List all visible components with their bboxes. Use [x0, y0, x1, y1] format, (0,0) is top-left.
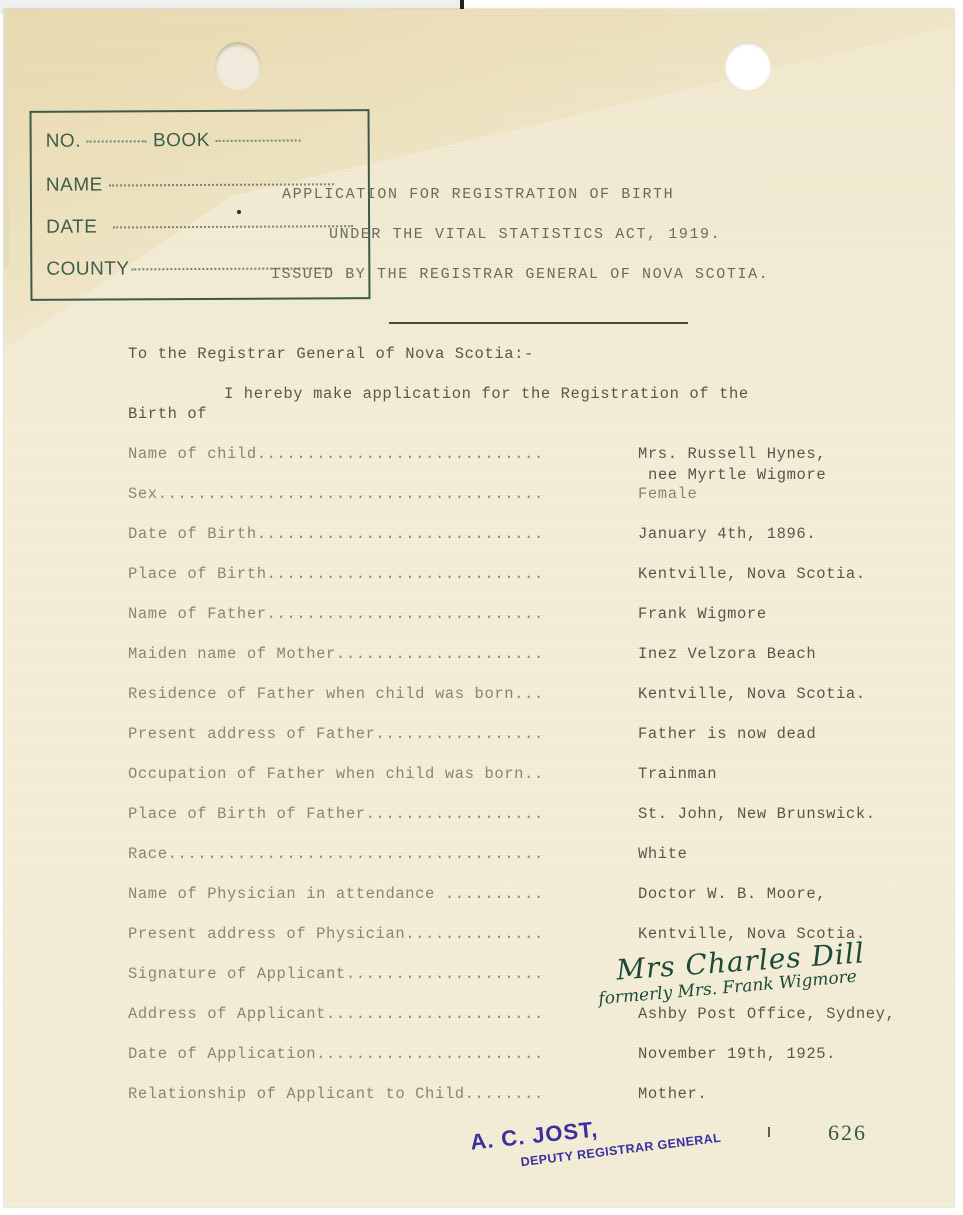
stamp-label-date: DATE [46, 217, 97, 239]
field-value-line-2: nee Myrtle Wigmore [648, 466, 826, 484]
page-number: 626 [828, 1120, 867, 1146]
field-label: Name of Physician in attendance ........… [128, 885, 544, 903]
field-label: Sex.....................................… [128, 485, 544, 503]
punch-hole-left [215, 42, 261, 90]
punch-hole-right [725, 42, 771, 90]
field-race: Race....................................… [128, 845, 928, 865]
field-label: Present address of Physician............… [128, 925, 544, 943]
field-value: Mother. [638, 1085, 707, 1103]
stamp-dots [216, 139, 301, 141]
stamp-row-date: DATE [46, 215, 353, 239]
paper-left-strip [4, 9, 9, 269]
field-label: Occupation of Father when child was born… [128, 765, 544, 783]
field-label: Name of child...........................… [128, 445, 544, 463]
header-line-2: UNDER THE VITAL STATISTICS ACT, 1919. [329, 226, 721, 243]
intro-line-2: Birth of [128, 405, 207, 423]
field-value: Ashby Post Office, Sydney, [638, 1005, 895, 1023]
field-value: January 4th, 1896. [638, 525, 816, 543]
field-residence-of-father: Residence of Father when child was born.… [128, 685, 928, 705]
field-sex: Sex.....................................… [128, 485, 928, 505]
field-relationship-of-applicant: Relationship of Applicant to Child......… [128, 1085, 928, 1105]
field-place-of-birth-of-father: Place of Birth of Father................… [128, 805, 928, 825]
field-value: Kentville, Nova Scotia. [638, 565, 866, 583]
field-label: Present address of Father...............… [128, 725, 544, 743]
field-name-of-child: Name of child...........................… [128, 445, 928, 465]
field-label: Relationship of Applicant to Child......… [128, 1085, 544, 1103]
field-value: Kentville, Nova Scotia. [638, 685, 866, 703]
field-label: Maiden name of Mother...................… [128, 645, 544, 663]
ink-speck [237, 210, 241, 214]
stamp-label-no: NO. [46, 131, 81, 153]
field-label: Race....................................… [128, 845, 544, 863]
pencil-mark [768, 1127, 770, 1137]
stamp-dots [87, 140, 147, 142]
field-label: Signature of Applicant..................… [128, 965, 544, 983]
field-value: Female [638, 485, 697, 503]
stamp-dots [113, 225, 353, 228]
field-place-of-birth: Place of Birth..........................… [128, 565, 928, 585]
field-value: Trainman [638, 765, 717, 783]
field-date-of-birth: Date of Birth...........................… [128, 525, 928, 545]
field-maiden-name-of-mother: Maiden name of Mother...................… [128, 645, 928, 665]
header-divider [389, 322, 688, 324]
field-label: Name of Father..........................… [128, 605, 544, 623]
field-occupation-of-father: Occupation of Father when child was born… [128, 765, 928, 785]
field-name-of-physician: Name of Physician in attendance ........… [128, 885, 928, 905]
salutation: To the Registrar General of Nova Scotia:… [128, 345, 534, 363]
field-label: Place of Birth..........................… [128, 565, 544, 583]
field-label: Place of Birth of Father................… [128, 805, 544, 823]
field-present-address-of-father: Present address of Father...............… [128, 725, 928, 745]
intro-line-1: I hereby make application for the Regist… [224, 385, 749, 403]
stamp-label-book: BOOK [153, 130, 210, 152]
field-value: Frank Wigmore [638, 605, 767, 623]
field-label: Address of Applicant....................… [128, 1005, 544, 1023]
stamp-row-no-book: NO. BOOK [46, 129, 301, 152]
field-value: Inez Velzora Beach [638, 645, 816, 663]
field-value: Doctor W. B. Moore, [638, 885, 826, 903]
field-address-of-applicant: Address of Applicant....................… [128, 1005, 928, 1025]
stamp-label-county: COUNTY [46, 258, 129, 280]
field-label: Date of Birth...........................… [128, 525, 544, 543]
field-value: White [638, 845, 688, 863]
header-line-1: APPLICATION FOR REGISTRATION OF BIRTH [282, 186, 674, 203]
field-value: November 19th, 1925. [638, 1045, 836, 1063]
field-value: Father is now dead [638, 725, 816, 743]
field-label: Residence of Father when child was born.… [128, 685, 544, 703]
field-label: Date of Application.....................… [128, 1045, 544, 1063]
field-name-of-father: Name of Father..........................… [128, 605, 928, 625]
field-value: Mrs. Russell Hynes, [638, 445, 826, 463]
field-value: St. John, New Brunswick. [638, 805, 876, 823]
stamp-label-name: NAME [46, 175, 103, 197]
header-line-3: ISSUED BY THE REGISTRAR GENERAL OF NOVA … [271, 266, 769, 283]
field-date-of-application: Date of Application.....................… [128, 1045, 928, 1065]
